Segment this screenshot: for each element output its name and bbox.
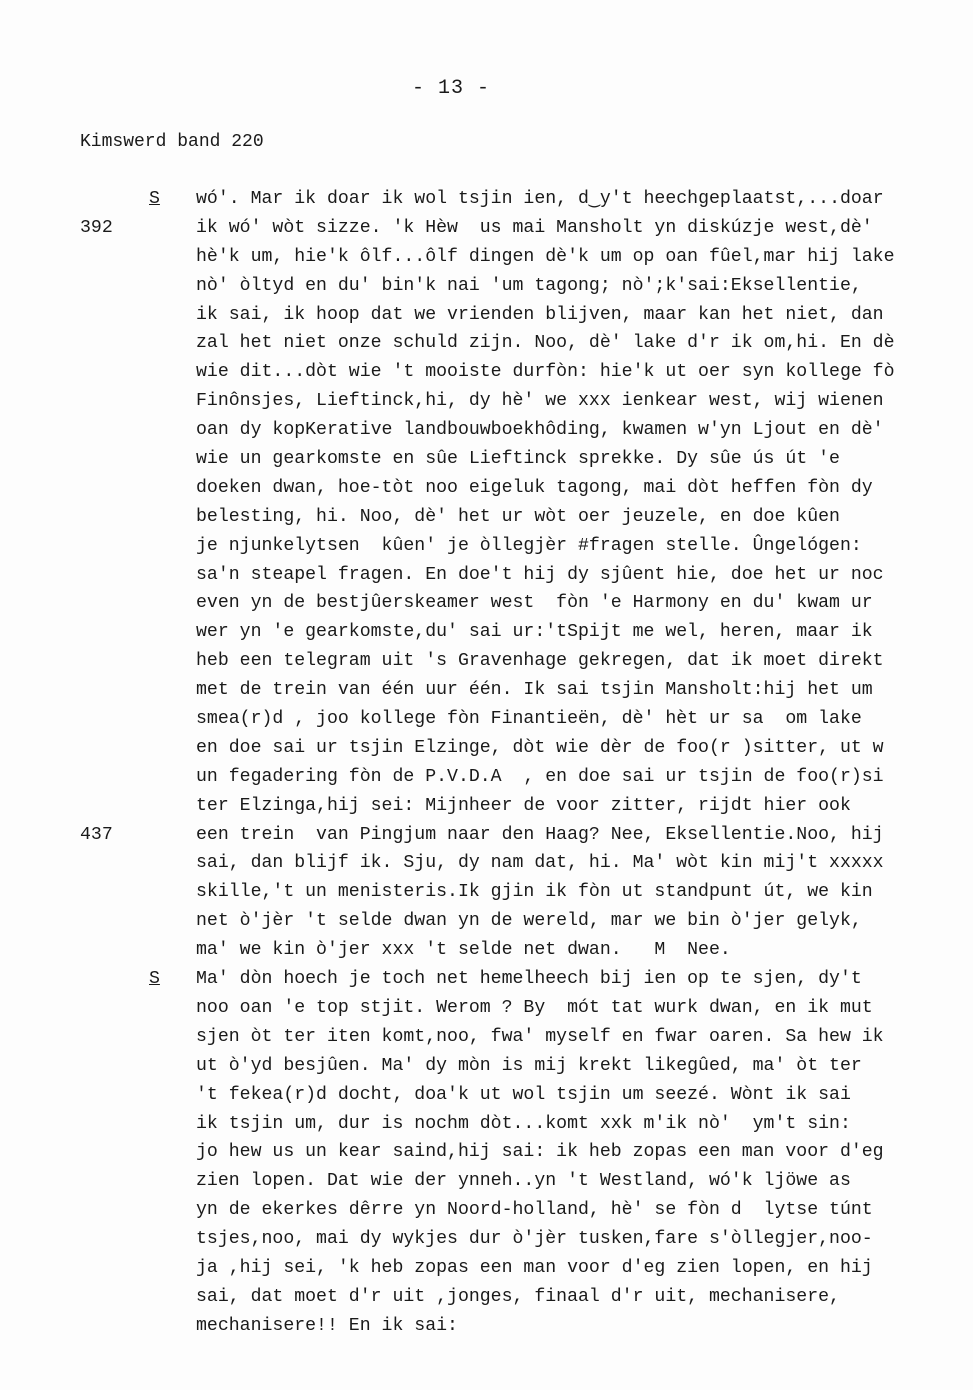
line-text: 't fekea(r)d docht, doa'k ut wol tsjin u… [196,1081,851,1110]
transcript-line: net ò'jèr 't selde dwan yn de wereld, ma… [0,907,973,936]
transcript-line: sai, dan blijf ik. Sju, dy nam dat, hi. … [0,849,973,878]
transcript-line: jo hew us un kear saind,hij sai: ik heb … [0,1138,973,1167]
line-text: ik wó' wòt sizze. 'k Hèw us mai Mansholt… [196,214,873,243]
line-text: heb een telegram uit 's Gravenhage gekre… [196,647,884,676]
transcript-line: ma' we kin ò'jer xxx 't selde net dwan. … [0,936,973,965]
transcript-line: zal het niet onze schuld zijn. Noo, dè' … [0,329,973,358]
line-text: Ma' dòn hoech je toch net hemelheech bij… [196,965,862,994]
transcript-line: wie un gearkomste en sûe Lieftinck sprek… [0,445,973,474]
line-text: wie dit...dòt wie 't mooiste durfòn: hie… [196,358,895,387]
transcript-line: 't fekea(r)d docht, doa'k ut wol tsjin u… [0,1081,973,1110]
transcript-line: sa'n steapel fragen. En doe't hij dy sjû… [0,561,973,590]
line-text: un fegadering fòn de P.V.D.A , en doe sa… [196,763,884,792]
transcript-line: belesting, hi. Noo, dè' het ur wòt oer j… [0,503,973,532]
transcript-line: mechanisere!! En ik sai: [0,1312,973,1341]
transcript-line: even yn de bestjûerskeamer west fòn 'e H… [0,589,973,618]
line-text: sai, dat moet d'r uit ,jonges, finaal d'… [196,1283,840,1312]
transcript-line: smea(r)d , joo kollege fòn Finantieën, d… [0,705,973,734]
line-text: smea(r)d , joo kollege fòn Finantieën, d… [196,705,862,734]
line-number: 392 [80,214,113,243]
transcript-line: Swó'. Mar ik doar ik wol tsjin ien, d‿y'… [0,185,973,214]
line-text: en doe sai ur tsjin Elzinge, dòt wie dèr… [196,734,884,763]
line-text: oan dy kopKerative landbouwboekhôding, k… [196,416,884,445]
line-text: doeken dwan, hoe-tòt noo eigeluk tagong,… [196,474,873,503]
transcript-line: zien lopen. Dat wie der ynneh..yn 't Wes… [0,1167,973,1196]
transcript-line: 437een trein van Pingjum naar den Haag? … [0,821,973,850]
transcript-line: Finônsjes, Lieftinck,hi, dy hè' we xxx i… [0,387,973,416]
transcript-line: sai, dat moet d'r uit ,jonges, finaal d'… [0,1283,973,1312]
transcript-line: ik sai, ik hoop dat we vrienden blijven,… [0,301,973,330]
line-text: hè'k um, hie'k ôlf...ôlf dingen dè'k um … [196,243,895,272]
line-text: belesting, hi. Noo, dè' het ur wòt oer j… [196,503,840,532]
transcript-line: sjen òt ter iten komt,noo, fwa' myself e… [0,1023,973,1052]
line-text: noo oan 'e top stjit. Werom ? By mót tat… [196,994,873,1023]
line-number: 437 [80,821,113,850]
line-text: skille,'t un menisteris.Ik gjin ik fòn u… [196,878,873,907]
line-text: ut ò'yd besjûen. Ma' dy mòn is mij krekt… [196,1052,862,1081]
transcript-line: yn de ekerkes dêrre yn Noord-holland, hè… [0,1196,973,1225]
speaker-label: S [149,965,160,994]
line-text: sa'n steapel fragen. En doe't hij dy sjû… [196,561,884,590]
line-text: ik sai, ik hoop dat we vrienden blijven,… [196,301,884,330]
transcript-line: je njunkelytsen kûen' je òllegjèr #frage… [0,532,973,561]
speaker-label: S [149,185,160,214]
transcript-line: nò' òltyd en du' bin'k nai 'um tagong; n… [0,272,973,301]
transcript-line: un fegadering fòn de P.V.D.A , en doe sa… [0,763,973,792]
transcript-line: SMa' dòn hoech je toch net hemelheech bi… [0,965,973,994]
line-text: sai, dan blijf ik. Sju, dy nam dat, hi. … [196,849,884,878]
transcript-line: heb een telegram uit 's Gravenhage gekre… [0,647,973,676]
line-text: een trein van Pingjum naar den Haag? Nee… [196,821,884,850]
line-text: ter Elzinga,hij sei: Mijnheer de voor zi… [196,792,851,821]
transcript-line: met de trein van één uur één. Ik sai tsj… [0,676,973,705]
document-header: Kimswerd band 220 [80,132,264,152]
line-text: even yn de bestjûerskeamer west fòn 'e H… [196,589,873,618]
line-text: tsjes,noo, mai dy wykjes dur ò'jèr tuske… [196,1225,873,1254]
transcript-line: ja ,hij sei, 'k heb zopas een man voor d… [0,1254,973,1283]
line-text: wer yn 'e gearkomste,du' sai ur:'tSpijt … [196,618,873,647]
line-text: Finônsjes, Lieftinck,hi, dy hè' we xxx i… [196,387,884,416]
transcript-line: oan dy kopKerative landbouwboekhôding, k… [0,416,973,445]
transcript-line: doeken dwan, hoe-tòt noo eigeluk tagong,… [0,474,973,503]
transcript-line: tsjes,noo, mai dy wykjes dur ò'jèr tuske… [0,1225,973,1254]
line-text: met de trein van één uur één. Ik sai tsj… [196,676,873,705]
transcript-body: Swó'. Mar ik doar ik wol tsjin ien, d‿y'… [0,185,973,1341]
line-text: mechanisere!! En ik sai: [196,1312,458,1341]
line-text: ik tsjin um, dur is nochm dòt...komt xxk… [196,1110,851,1139]
line-text: je njunkelytsen kûen' je òllegjèr #frage… [196,532,862,561]
line-text: yn de ekerkes dêrre yn Noord-holland, hè… [196,1196,873,1225]
transcript-line: hè'k um, hie'k ôlf...ôlf dingen dè'k um … [0,243,973,272]
transcript-line: wer yn 'e gearkomste,du' sai ur:'tSpijt … [0,618,973,647]
line-text: ja ,hij sei, 'k heb zopas een man voor d… [196,1254,873,1283]
transcript-line: ik tsjin um, dur is nochm dòt...komt xxk… [0,1110,973,1139]
line-text: ma' we kin ò'jer xxx 't selde net dwan. … [196,936,731,965]
transcript-line: skille,'t un menisteris.Ik gjin ik fòn u… [0,878,973,907]
transcript-line: wie dit...dòt wie 't mooiste durfòn: hie… [0,358,973,387]
line-text: wó'. Mar ik doar ik wol tsjin ien, d‿y't… [196,185,884,214]
document-page: - 13 - Kimswerd band 220 Swó'. Mar ik do… [0,0,973,1390]
page-number: - 13 - [412,77,490,100]
line-text: sjen òt ter iten komt,noo, fwa' myself e… [196,1023,884,1052]
line-text: nò' òltyd en du' bin'k nai 'um tagong; n… [196,272,862,301]
line-text: wie un gearkomste en sûe Lieftinck sprek… [196,445,840,474]
transcript-line: 392ik wó' wòt sizze. 'k Hèw us mai Mansh… [0,214,973,243]
line-text: net ò'jèr 't selde dwan yn de wereld, ma… [196,907,862,936]
transcript-line: en doe sai ur tsjin Elzinge, dòt wie dèr… [0,734,973,763]
line-text: zien lopen. Dat wie der ynneh..yn 't Wes… [196,1167,851,1196]
line-text: zal het niet onze schuld zijn. Noo, dè' … [196,329,895,358]
transcript-line: noo oan 'e top stjit. Werom ? By mót tat… [0,994,973,1023]
line-text: jo hew us un kear saind,hij sai: ik heb … [196,1138,884,1167]
transcript-line: ut ò'yd besjûen. Ma' dy mòn is mij krekt… [0,1052,973,1081]
transcript-line: ter Elzinga,hij sei: Mijnheer de voor zi… [0,792,973,821]
